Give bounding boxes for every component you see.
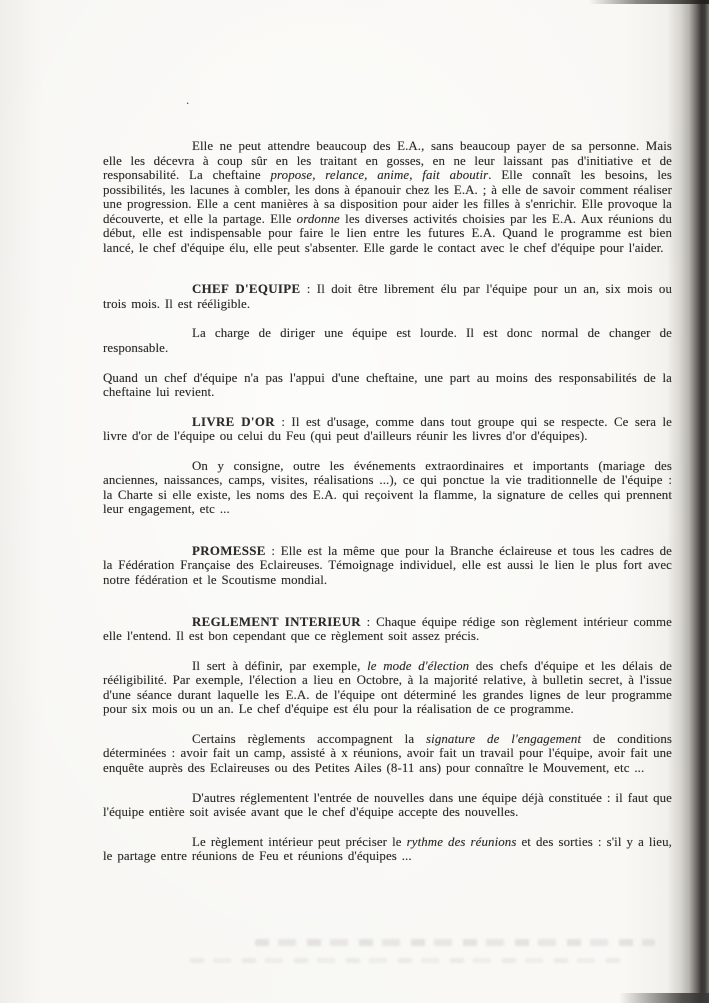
text-run: On y consigne, outre les événements extr… [103,459,672,517]
paragraph-charge-diriger: La charge de diriger une équipe est lour… [103,326,672,355]
paragraph-consigne: On y consigne, outre les événements extr… [103,459,672,517]
bold-run: REGLEMENT INTERIEUR [192,615,361,629]
bleed-through-smudge [255,939,655,946]
book-binding-shadow [667,0,709,1003]
bold-run: PROMESSE [192,544,266,558]
italic-run: le mode d'élection [367,659,469,673]
paragraph-rythme-reunions: Le règlement intérieur peut préciser le … [103,835,672,864]
scan-edge-bottom-shadow [619,993,709,1003]
paragraph-cheftaine-role: Elle ne peut attendre beaucoup des E.A.,… [103,139,672,255]
text-run: : Il doit être librement élu par l'équip… [103,282,672,311]
paragraph-livre-dor: LIVRE D'OR : Il est d'usage, comme dans … [103,415,672,444]
text-run: Quand un chef d'équipe n'a pas l'appui d… [103,371,672,400]
text-run: D'autres réglementent l'entrée de nouvel… [103,791,672,820]
italic-run: signature de l'engagement [426,732,581,746]
text-run: Le règlement intérieur peut préciser le [192,835,407,849]
bold-run: CHEF D'EQUIPE [192,282,300,296]
paragraph-conditions-engagement: Certains règlements accompagnent la sign… [103,732,672,776]
stray-mark: . [186,92,189,108]
paragraph-chef-equipe: CHEF D'EQUIPE : Il doit être librement é… [103,282,672,311]
paragraph-promesse: PROMESSE : Elle est la même que pour la … [103,544,672,588]
bold-run: LIVRE D'OR [192,415,275,429]
text-run: La charge de diriger une équipe est lour… [103,326,672,355]
text-run: Certains règlements accompagnent la [192,732,426,746]
text-block: Elle ne peut attendre beaucoup des E.A.,… [103,139,672,879]
text-run: Il sert à définir, par exemple, [192,659,367,673]
text-run: : Elle est la même que pour la Branche é… [103,544,672,587]
scanned-page: . Elle ne peut attendre beaucoup des E.A… [0,0,709,1003]
text-run: : Il est d'usage, comme dans tout groupe… [103,415,672,444]
paragraph-reglement-interieur: REGLEMENT INTERIEUR : Chaque équipe rédi… [103,615,672,644]
paragraph-entree-nouvelles: D'autres réglementent l'entrée de nouvel… [103,791,672,820]
paragraph-appui-cheftaine: Quand un chef d'équipe n'a pas l'appui d… [103,371,672,400]
paragraph-mode-election: Il sert à définir, par exemple, le mode … [103,659,672,717]
text-run: : Chaque équipe rédige son règlement int… [103,615,672,644]
italic-run: ordonne [297,212,340,226]
italic-run: propose, relance, anime, fait aboutir [270,168,488,182]
italic-run: rythme des réunions [407,835,517,849]
scan-edge-top-shadow [589,0,709,4]
bleed-through-smudge [190,958,620,963]
